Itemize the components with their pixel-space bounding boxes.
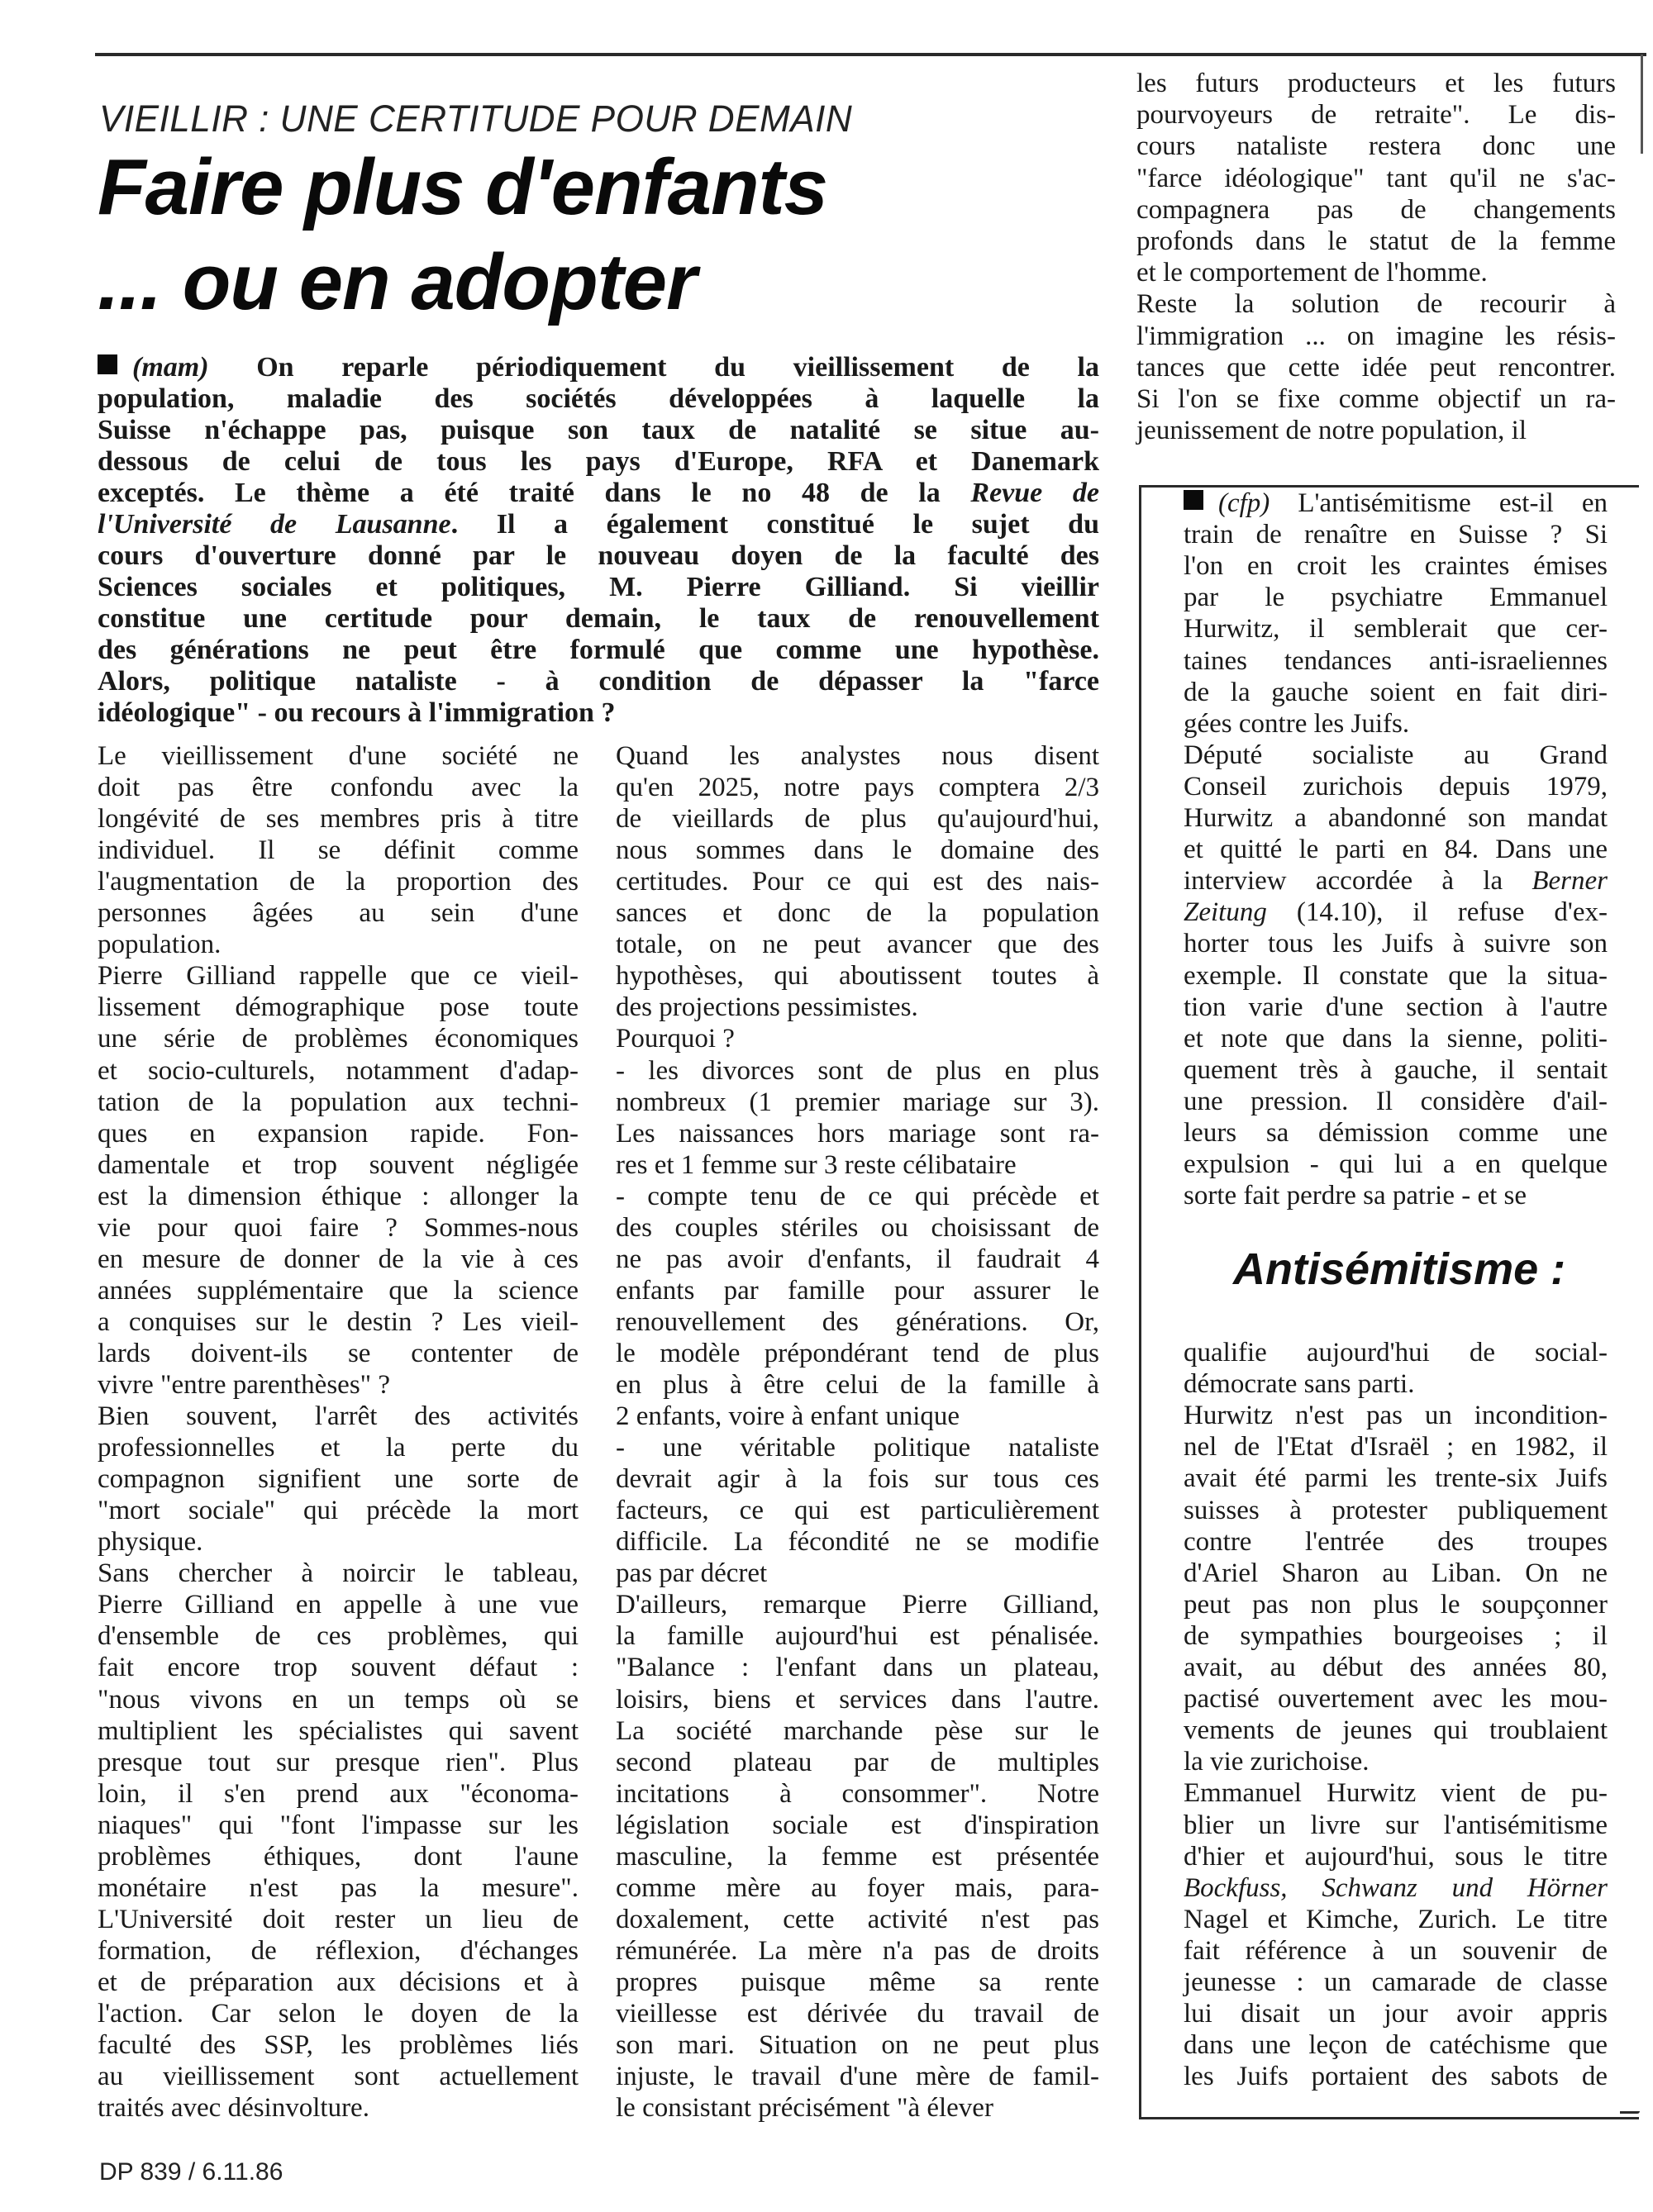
sidebar-text: interview accordée à la: [1184, 866, 1532, 896]
body-text-line: des projections pessimistes.: [616, 992, 1099, 1023]
body-text-line: "mort sociale" qui précède la mort: [98, 1495, 579, 1526]
publication-title: l'Université de Lausanne: [98, 509, 451, 540]
body-text-line: d'ensemble de ces problèmes, qui: [98, 1620, 579, 1652]
body-text-line: incitations à consommer". Notre: [616, 1778, 1099, 1810]
body-text-line: et le comportement de l'homme.: [1136, 257, 1616, 288]
body-text-line: ques en expansion rapide. Fon-: [98, 1118, 579, 1149]
body-text-line: res et 1 femme sur 3 reste célibataire: [616, 1149, 1099, 1181]
body-text-line: presque tout sur presque rien". Plus: [98, 1747, 579, 1778]
sidebar-text-line: nel de l'Etat d'Israël ; en 1982, il: [1184, 1431, 1608, 1463]
body-text-line: problèmes éthiques, dont l'aune: [98, 1841, 579, 1872]
body-text-line: jeunissement de notre population, il: [1136, 415, 1616, 446]
body-text-line: législation sociale est d'inspiration: [616, 1810, 1099, 1841]
body-text-line: doxalement, cette activité n'est pas: [616, 1904, 1099, 1935]
body-text-line: Sans chercher à noircir le tableau,: [98, 1558, 579, 1589]
sidebar-text-line: Député socialiste au Grand: [1184, 740, 1608, 771]
body-text-line: est la dimension éthique : allonger la: [98, 1181, 579, 1212]
sidebar-text-line: fait référence à un souvenir de: [1184, 1935, 1608, 1967]
body-text-line: longévité de ses membres pris à titre: [98, 803, 579, 835]
sidebar-headline: Antisémitisme :: [1233, 1244, 1565, 1295]
body-text-line: de vieillards de plus qu'aujourd'hui,: [616, 803, 1099, 835]
body-text-line: faculté des SSP, les problèmes liés: [98, 2029, 579, 2061]
body-text-line: a conquises sur le destin ? Les vieil-: [98, 1306, 579, 1338]
sidebar-text-line: de sympathies bourgeoises ; il: [1184, 1620, 1608, 1652]
sidebar-text-line: Conseil zurichois depuis 1979,: [1184, 771, 1608, 802]
sidebar-text-line: les Juifs portaient des sabots de: [1184, 2061, 1608, 2092]
body-text-line: Le vieillissement d'une société ne: [98, 740, 579, 772]
article-headline-line1: Faire plus d'enfants: [98, 142, 827, 233]
body-text-line: Quand les analystes nous disent: [616, 740, 1099, 772]
sidebar-text: L'antisémitisme est-il en: [1298, 488, 1608, 518]
article-kicker: VIEILLIR : UNE CERTITUDE POUR DEMAIN: [99, 98, 852, 140]
sidebar-text-line: d'Ariel Sharon au Liban. On ne: [1184, 1558, 1608, 1589]
sidebar-text-line: Hurwitz a abandonné son mandat: [1184, 802, 1608, 834]
issue-footer: DP 839 / 6.11.86: [99, 2158, 283, 2186]
byline: (mam): [132, 352, 209, 383]
lede-line: exceptés. Le thème a été traité dans le …: [98, 478, 1099, 509]
sidebar-text-line: Bockfuss, Schwanz und Hörner: [1184, 1872, 1608, 1904]
sidebar-text-line: leurs sa démission comme une: [1184, 1117, 1608, 1149]
body-text-line: Pierre Gilliand rappelle que ce vieil-: [98, 960, 579, 992]
lede-line: constitue une certitude pour demain, le …: [98, 603, 1099, 635]
body-text-line: propres puisque même sa rente: [616, 1967, 1099, 1998]
sidebar-text-line: peut pas non plus le soupçonner: [1184, 1589, 1608, 1620]
body-text-line: profonds dans le statut de la femme: [1136, 226, 1616, 257]
lede-line: Sciences sociales et politiques, M. Pier…: [98, 572, 1099, 603]
body-text-line: Reste la solution de recourir à: [1136, 288, 1616, 320]
article-headline-line2: ... ou en adopter: [98, 237, 696, 328]
lede-text: exceptés. Le thème a été traité dans le …: [98, 478, 970, 508]
sidebar-text-line: vements de jeunes qui troublaient: [1184, 1715, 1608, 1746]
newspaper-name: Zeitung: [1184, 897, 1267, 927]
body-text-line: lards doivent-ils se contenter de: [98, 1338, 579, 1369]
square-bullet-icon: [98, 354, 117, 374]
body-text-line: totale, on ne peut avancer que des: [616, 929, 1099, 960]
body-text-line: vivre "entre parenthèses" ?: [98, 1369, 579, 1401]
sidebar-text-line: l'on en croit les craintes émises: [1184, 550, 1608, 582]
body-text-line: La société marchande pèse sur le: [616, 1715, 1099, 1747]
lede-line: l'Université de Lausanne. Il a également…: [98, 509, 1099, 540]
body-text-line: ne pas avoir d'enfants, il faudrait 4: [616, 1244, 1099, 1275]
lede-line: idéologique" - ou recours à l'immigratio…: [98, 697, 1099, 729]
body-text-line: 2 enfants, voire à enfant unique: [616, 1401, 1099, 1432]
sidebar-text-line: sorte fait perdre sa patrie - et se: [1184, 1180, 1608, 1211]
body-text-line: "nous vivons en un temps où se: [98, 1684, 579, 1715]
body-text-line: l'immigration ... on imagine les résis-: [1136, 321, 1616, 352]
sidebar-text-line: d'hier et aujourd'hui, sous le titre: [1184, 1841, 1608, 1872]
body-text-line: et de préparation aux décisions et à: [98, 1967, 579, 1998]
sidebar-text-line: démocrate sans parti.: [1184, 1368, 1608, 1400]
body-text-line: "Balance : l'enfant dans un plateau,: [616, 1652, 1099, 1683]
body-text-line: l'augmentation de la proportion des: [98, 866, 579, 897]
sidebar-text-line: de la gauche soient en fait diri-: [1184, 677, 1608, 708]
body-text-line: lissement démographique pose toute: [98, 992, 579, 1023]
sidebar-text-line: qualifie aujourd'hui de social-: [1184, 1337, 1608, 1368]
body-text-line: certitudes. Pour ce qui est des nais-: [616, 866, 1099, 897]
body-text-line: hypothèses, qui aboutissent toutes à: [616, 960, 1099, 992]
body-text-line: en plus à être celui de la famille à: [616, 1369, 1099, 1401]
body-text-line: et socio-culturels, notamment d'adap-: [98, 1055, 579, 1087]
sidebar-text-line: Hurwitz n'est pas un incondition-: [1184, 1400, 1608, 1431]
lede-line: Suisse n'échappe pas, puisque son taux d…: [98, 415, 1099, 446]
body-text-line: monétaire n'est pas la mesure".: [98, 1872, 579, 1904]
sidebar-byline: (cfp): [1218, 488, 1270, 518]
lede-line: dessous de celui de tous les pays d'Euro…: [98, 446, 1099, 478]
body-text-line: doit pas être confondu avec la: [98, 772, 579, 803]
body-text-line: multiplient les spécialistes qui savent: [98, 1715, 579, 1747]
top-rule: [95, 53, 1646, 56]
sidebar-text-line: interview accordée à la Berner: [1184, 865, 1608, 897]
sidebar-text-line: la vie zurichoise.: [1184, 1746, 1608, 1777]
sidebar-text-line: (cfp) L'antisémitisme est-il en: [1184, 488, 1608, 519]
body-text-line: tation de la population aux techni-: [98, 1087, 579, 1118]
body-text-line: injuste, le travail d'une mère de famil-: [616, 2061, 1099, 2092]
lede-text: On reparle périodiquement du vieillissem…: [256, 352, 1099, 383]
sidebar-text-line: Emmanuel Hurwitz vient de pu-: [1184, 1777, 1608, 1809]
body-text-line: cours nataliste restera donc une: [1136, 131, 1616, 162]
body-text-line: Si l'on se fixe comme objectif un ra-: [1136, 383, 1616, 415]
sidebar-text-line: gées contre les Juifs.: [1184, 708, 1608, 740]
body-text-line: Bien souvent, l'arrêt des activités: [98, 1401, 579, 1432]
lede-text: . Il a également constitué le sujet du: [451, 509, 1099, 540]
sidebar-text-line: blier un livre sur l'antisémitisme: [1184, 1810, 1608, 1841]
sidebar-text-line: tion varie d'une section à l'autre: [1184, 992, 1608, 1023]
box-corner-rule: [1620, 2111, 1640, 2114]
body-text-line: renouvellement des générations. Or,: [616, 1306, 1099, 1338]
sidebar-text-line: Hurwitz, il semblerait que cer-: [1184, 613, 1608, 645]
lede-line: population, maladie des sociétés dévelop…: [98, 383, 1099, 415]
body-text-line: facteurs, ce qui est particulièrement: [616, 1495, 1099, 1526]
body-text-line: pourvoyeurs de retraite". Le dis-: [1136, 99, 1616, 131]
body-text-line: - les divorces sont de plus en plus: [616, 1055, 1099, 1087]
body-text-line: l'action. Car selon le doyen de la: [98, 1998, 579, 2029]
body-text-line: population.: [98, 929, 579, 960]
body-text-line: les futurs producteurs et les futurs: [1136, 68, 1616, 99]
body-text-line: une série de problèmes économiques: [98, 1023, 579, 1054]
body-text-line: traités avec désinvolture.: [98, 2092, 579, 2124]
lede-line: Alors, politique nataliste - à condition…: [98, 666, 1099, 697]
column-edge-rule: [1641, 55, 1643, 154]
body-text-line: D'ailleurs, remarque Pierre Gilliand,: [616, 1589, 1099, 1620]
body-text-line: années supplémentaire que la science: [98, 1275, 579, 1306]
sidebar-text-line: avait, au début des années 80,: [1184, 1652, 1608, 1683]
body-text-line: compagnera pas de changements: [1136, 194, 1616, 226]
sidebar-text-line: dans une leçon de catéchisme que: [1184, 2029, 1608, 2061]
body-text-line: - une véritable politique nataliste: [616, 1432, 1099, 1463]
sidebar-text-line: pactisé ouvertement avec les mou-: [1184, 1683, 1608, 1715]
body-text-line: nombreux (1 premier mariage sur 3).: [616, 1087, 1099, 1118]
body-text-line: physique.: [98, 1526, 579, 1558]
sidebar-text-line: Nagel et Kimche, Zurich. Le titre: [1184, 1904, 1608, 1935]
body-text-line: vieillesse est dérivée du travail de: [616, 1998, 1099, 2029]
body-text-line: la famille aujourd'hui est pénalisée.: [616, 1620, 1099, 1652]
body-text-line: Pourquoi ?: [616, 1023, 1099, 1054]
body-text-line: damentale et trop souvent négligée: [98, 1149, 579, 1181]
body-text-line: enfants par famille pour assurer le: [616, 1275, 1099, 1306]
sidebar-text-line: train de renaître en Suisse ? Si: [1184, 519, 1608, 550]
body-text-line: - compte tenu de ce qui précède et: [616, 1181, 1099, 1212]
body-text-line: individuel. Il se définit comme: [98, 835, 579, 866]
sidebar-text-line: lui disait un jour avoir appris: [1184, 1998, 1608, 2029]
body-text-line: niaques" qui "font l'impasse sur les: [98, 1810, 579, 1841]
sidebar-text-line: horter tous les Juifs à suivre son: [1184, 928, 1608, 959]
body-text-line: formation, de réflexion, d'échanges: [98, 1935, 579, 1967]
lede-line: des générations ne peut être formulé que…: [98, 635, 1099, 666]
body-text-line: difficile. La fécondité ne se modifie: [616, 1526, 1099, 1558]
sidebar-text-line: contre l'entrée des troupes: [1184, 1526, 1608, 1558]
body-text-line: tances que cette idée peut rencontrer.: [1136, 352, 1616, 383]
sidebar-text-line: par le psychiatre Emmanuel: [1184, 582, 1608, 613]
body-text-line: loin, il s'en prend aux "économa-: [98, 1778, 579, 1810]
body-text-line: des couples stériles ou choisissant de: [616, 1212, 1099, 1244]
sidebar-text-line: Zeitung (14.10), il refuse d'ex-: [1184, 897, 1608, 928]
body-text-line: compagnon signifient une sorte de: [98, 1463, 579, 1495]
body-text-line: fait encore trop souvent défaut :: [98, 1652, 579, 1683]
sidebar-text-line: une pression. Il considère d'ail-: [1184, 1086, 1608, 1117]
body-text-line: qu'en 2025, notre pays comptera 2/3: [616, 772, 1099, 803]
sidebar-text: (14.10), il refuse d'ex-: [1267, 897, 1608, 927]
newspaper-name: Berner: [1532, 866, 1608, 896]
sidebar-text-line: exemple. Il constate que la situa-: [1184, 960, 1608, 992]
body-text-line: rémunérée. La mère n'a pas de droits: [616, 1935, 1099, 1967]
body-text-line: loisirs, biens et services dans l'autre.: [616, 1684, 1099, 1715]
body-text-line: "farce idéologique" tant qu'il ne s'ac-: [1136, 163, 1616, 194]
sidebar-text-line: jeunesse : un camarade de classe: [1184, 1967, 1608, 1998]
body-text-line: professionnelles et la perte du: [98, 1432, 579, 1463]
body-text-line: au vieillissement sont actuellement: [98, 2061, 579, 2092]
body-text-line: second plateau par de multiples: [616, 1747, 1099, 1778]
body-text-line: sances et donc de la population: [616, 897, 1099, 929]
sidebar-text-line: et note que dans la sienne, politi-: [1184, 1023, 1608, 1054]
body-text-line: comme mère au foyer mais, para-: [616, 1872, 1099, 1904]
body-text-line: le modèle prépondérant tend de plus: [616, 1338, 1099, 1369]
body-text-line: son mari. Situation on ne peut plus: [616, 2029, 1099, 2061]
square-bullet-icon: [1184, 490, 1203, 510]
sidebar-text-line: suisses à protester publiquement: [1184, 1495, 1608, 1526]
body-text-line: personnes âgées au sein d'une: [98, 897, 579, 929]
sidebar-text-line: avait été parmi les trente-six Juifs: [1184, 1463, 1608, 1494]
lede-line: (mam) On reparle périodiquement du vieil…: [98, 352, 1099, 383]
body-text-line: devrait agir à la fois sur tous ces: [616, 1463, 1099, 1495]
body-text-line: L'Université doit rester un lieu de: [98, 1904, 579, 1935]
body-text-line: Pierre Gilliand en appelle à une vue: [98, 1589, 579, 1620]
sidebar-text-line: et quitté le parti en 84. Dans une: [1184, 834, 1608, 865]
body-text-line: pas par décret: [616, 1558, 1099, 1589]
lede-line: cours d'ouverture donné par le nouveau d…: [98, 540, 1099, 572]
body-text-line: vie pour quoi faire ? Sommes-nous: [98, 1212, 579, 1244]
book-title: Bockfuss, Schwanz und Hörner: [1184, 1873, 1608, 1903]
publication-title: Revue de: [970, 478, 1099, 508]
body-text-line: Les naissances hors mariage sont ra-: [616, 1118, 1099, 1149]
body-text-line: nous sommes dans le domaine des: [616, 835, 1099, 866]
body-text-line: masculine, la femme est présentée: [616, 1841, 1099, 1872]
body-text-line: le consistant précisément "à élever: [616, 2092, 1099, 2124]
sidebar-text-line: expulsion - qui lui a en quelque: [1184, 1149, 1608, 1180]
sidebar-text-line: taines tendances anti-israeliennes: [1184, 645, 1608, 677]
body-text-line: en mesure de donner de la vie à ces: [98, 1244, 579, 1275]
sidebar-text-line: quement très à gauche, il sentait: [1184, 1054, 1608, 1086]
